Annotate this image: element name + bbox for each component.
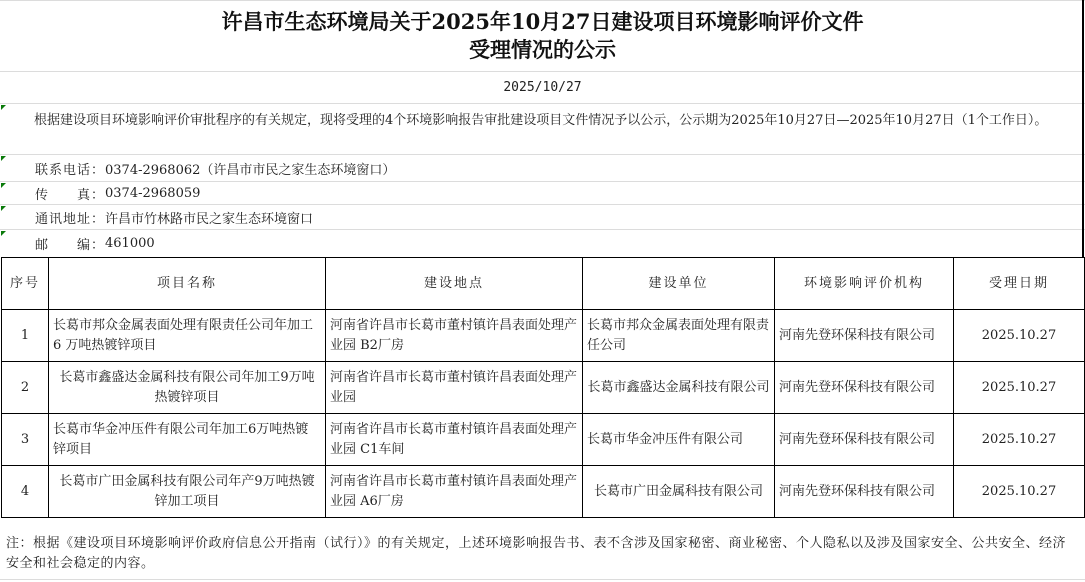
publish-date: 2025/10/27	[0, 72, 1085, 104]
spreadsheet-sheet: 许昌市生态环境局关于2025年10月27日建设项目环境影响评价文件 受理情况的公…	[0, 0, 1085, 582]
cell-no[interactable]: 1	[2, 310, 49, 362]
table-row: 1 长葛市邦众金属表面处理有限责任公司年加工 6 万吨热镀锌项目 河南省许昌市长…	[2, 310, 1085, 362]
comment-marker-icon[interactable]	[1, 105, 6, 110]
contact-phone-row: 联系电话： 0374-2968062（许昌市市民之家生态环境窗口）	[0, 155, 1085, 182]
col-header-agency: 环境影响评价机构	[775, 258, 954, 310]
cell-agency[interactable]: 河南先登环保科技有限公司	[775, 310, 954, 362]
cell-unit[interactable]: 长葛市华金冲压件有限公司	[583, 414, 775, 466]
cell-no[interactable]: 2	[2, 362, 49, 414]
table-row: 4 长葛市广田金属科技有限公司年产9万吨热镀锌加工项目 河南省许昌市长葛市董村镇…	[2, 466, 1085, 518]
table-header-row: 序号 项目名称 建设地点 建设单位 环境影响评价机构 受理日期	[2, 258, 1085, 310]
col-header-no: 序号	[2, 258, 49, 310]
postcode-label: 邮 编：	[35, 234, 105, 253]
intro-text: 根据建设项目环境影响评价审批程序的有关规定，现将受理的4个环境影响报告审批建设项…	[34, 113, 1047, 128]
contact-postcode-row: 邮 编： 461000	[0, 230, 1085, 257]
phone-label: 联系电话：	[35, 159, 105, 178]
cell-agency[interactable]: 河南先登环保科技有限公司	[775, 466, 954, 518]
right-border-line	[1082, 0, 1084, 257]
footer-note: 注：根据《建设项目环境影响评价政府信息公开指南（试行）》的有关规定，上述环境影响…	[0, 522, 1085, 580]
cell-date[interactable]: 2025.10.27	[954, 310, 1085, 362]
contact-fax-row: 传 真： 0374-2968059	[0, 182, 1085, 205]
cell-location[interactable]: 河南省许昌市长葛市董村镇许昌表面处理产业园 B2厂房	[326, 310, 583, 362]
cell-date[interactable]: 2025.10.27	[954, 362, 1085, 414]
fax-label: 传 真：	[35, 184, 105, 203]
title-line-1: 许昌市生态环境局关于2025年10月27日建设项目环境影响评价文件	[222, 8, 864, 36]
cell-unit[interactable]: 长葛市广田金属科技有限公司	[583, 466, 775, 518]
cell-unit[interactable]: 长葛市鑫盛达金属科技有限公司	[583, 362, 775, 414]
cell-project[interactable]: 长葛市广田金属科技有限公司年产9万吨热镀锌加工项目	[49, 466, 326, 518]
cell-no[interactable]: 4	[2, 466, 49, 518]
address-value: 许昌市竹林路市民之家生态环境窗口	[105, 208, 313, 227]
table-row: 2 长葛市鑫盛达金属科技有限公司年加工9万吨热镀锌项目 河南省许昌市长葛市董村镇…	[2, 362, 1085, 414]
contact-address-row: 通讯地址： 许昌市竹林路市民之家生态环境窗口	[0, 205, 1085, 230]
comment-marker-icon[interactable]	[1, 183, 6, 188]
cell-unit[interactable]: 长葛市邦众金属表面处理有限责任公司	[583, 310, 775, 362]
cell-location[interactable]: 河南省许昌市长葛市董村镇许昌表面处理产业园 C1车间	[326, 414, 583, 466]
table-row: 3 长葛市华金冲压件有限公司年加工6万吨热镀锌项目 河南省许昌市长葛市董村镇许昌…	[2, 414, 1085, 466]
footer-note-text: 注：根据《建设项目环境影响评价政府信息公开指南（试行）》的有关规定，上述环境影响…	[6, 536, 1066, 571]
col-header-unit: 建设单位	[583, 258, 775, 310]
publish-date-text: 2025/10/27	[503, 80, 581, 95]
cell-no[interactable]: 3	[2, 414, 49, 466]
cell-date[interactable]: 2025.10.27	[954, 466, 1085, 518]
phone-value: 0374-2968062（许昌市市民之家生态环境窗口）	[105, 159, 395, 178]
cell-location[interactable]: 河南省许昌市长葛市董村镇许昌表面处理产业园 A6厂房	[326, 466, 583, 518]
cell-project[interactable]: 长葛市鑫盛达金属科技有限公司年加工9万吨热镀锌项目	[49, 362, 326, 414]
cell-location[interactable]: 河南省许昌市长葛市董村镇许昌表面处理产业园	[326, 362, 583, 414]
cell-date[interactable]: 2025.10.27	[954, 414, 1085, 466]
col-header-project: 项目名称	[49, 258, 326, 310]
cell-project[interactable]: 长葛市华金冲压件有限公司年加工6万吨热镀锌项目	[49, 414, 326, 466]
fax-value: 0374-2968059	[105, 186, 200, 201]
postcode-value: 461000	[105, 236, 155, 251]
cell-agency[interactable]: 河南先登环保科技有限公司	[775, 414, 954, 466]
cell-project[interactable]: 长葛市邦众金属表面处理有限责任公司年加工 6 万吨热镀锌项目	[49, 310, 326, 362]
comment-marker-icon[interactable]	[1, 231, 6, 236]
col-header-location: 建设地点	[326, 258, 583, 310]
projects-table: 序号 项目名称 建设地点 建设单位 环境影响评价机构 受理日期 1 长葛市邦众金…	[1, 257, 1085, 518]
intro-paragraph: 根据建设项目环境影响评价审批程序的有关规定，现将受理的4个环境影响报告审批建设项…	[0, 104, 1085, 155]
title-line-2: 受理情况的公示	[469, 36, 616, 64]
page-title: 许昌市生态环境局关于2025年10月27日建设项目环境影响评价文件 受理情况的公…	[0, 0, 1085, 72]
cell-agency[interactable]: 河南先登环保科技有限公司	[775, 362, 954, 414]
comment-marker-icon[interactable]	[1, 206, 6, 211]
col-header-date: 受理日期	[954, 258, 1085, 310]
comment-marker-icon[interactable]	[1, 156, 6, 161]
address-label: 通讯地址：	[35, 208, 105, 227]
